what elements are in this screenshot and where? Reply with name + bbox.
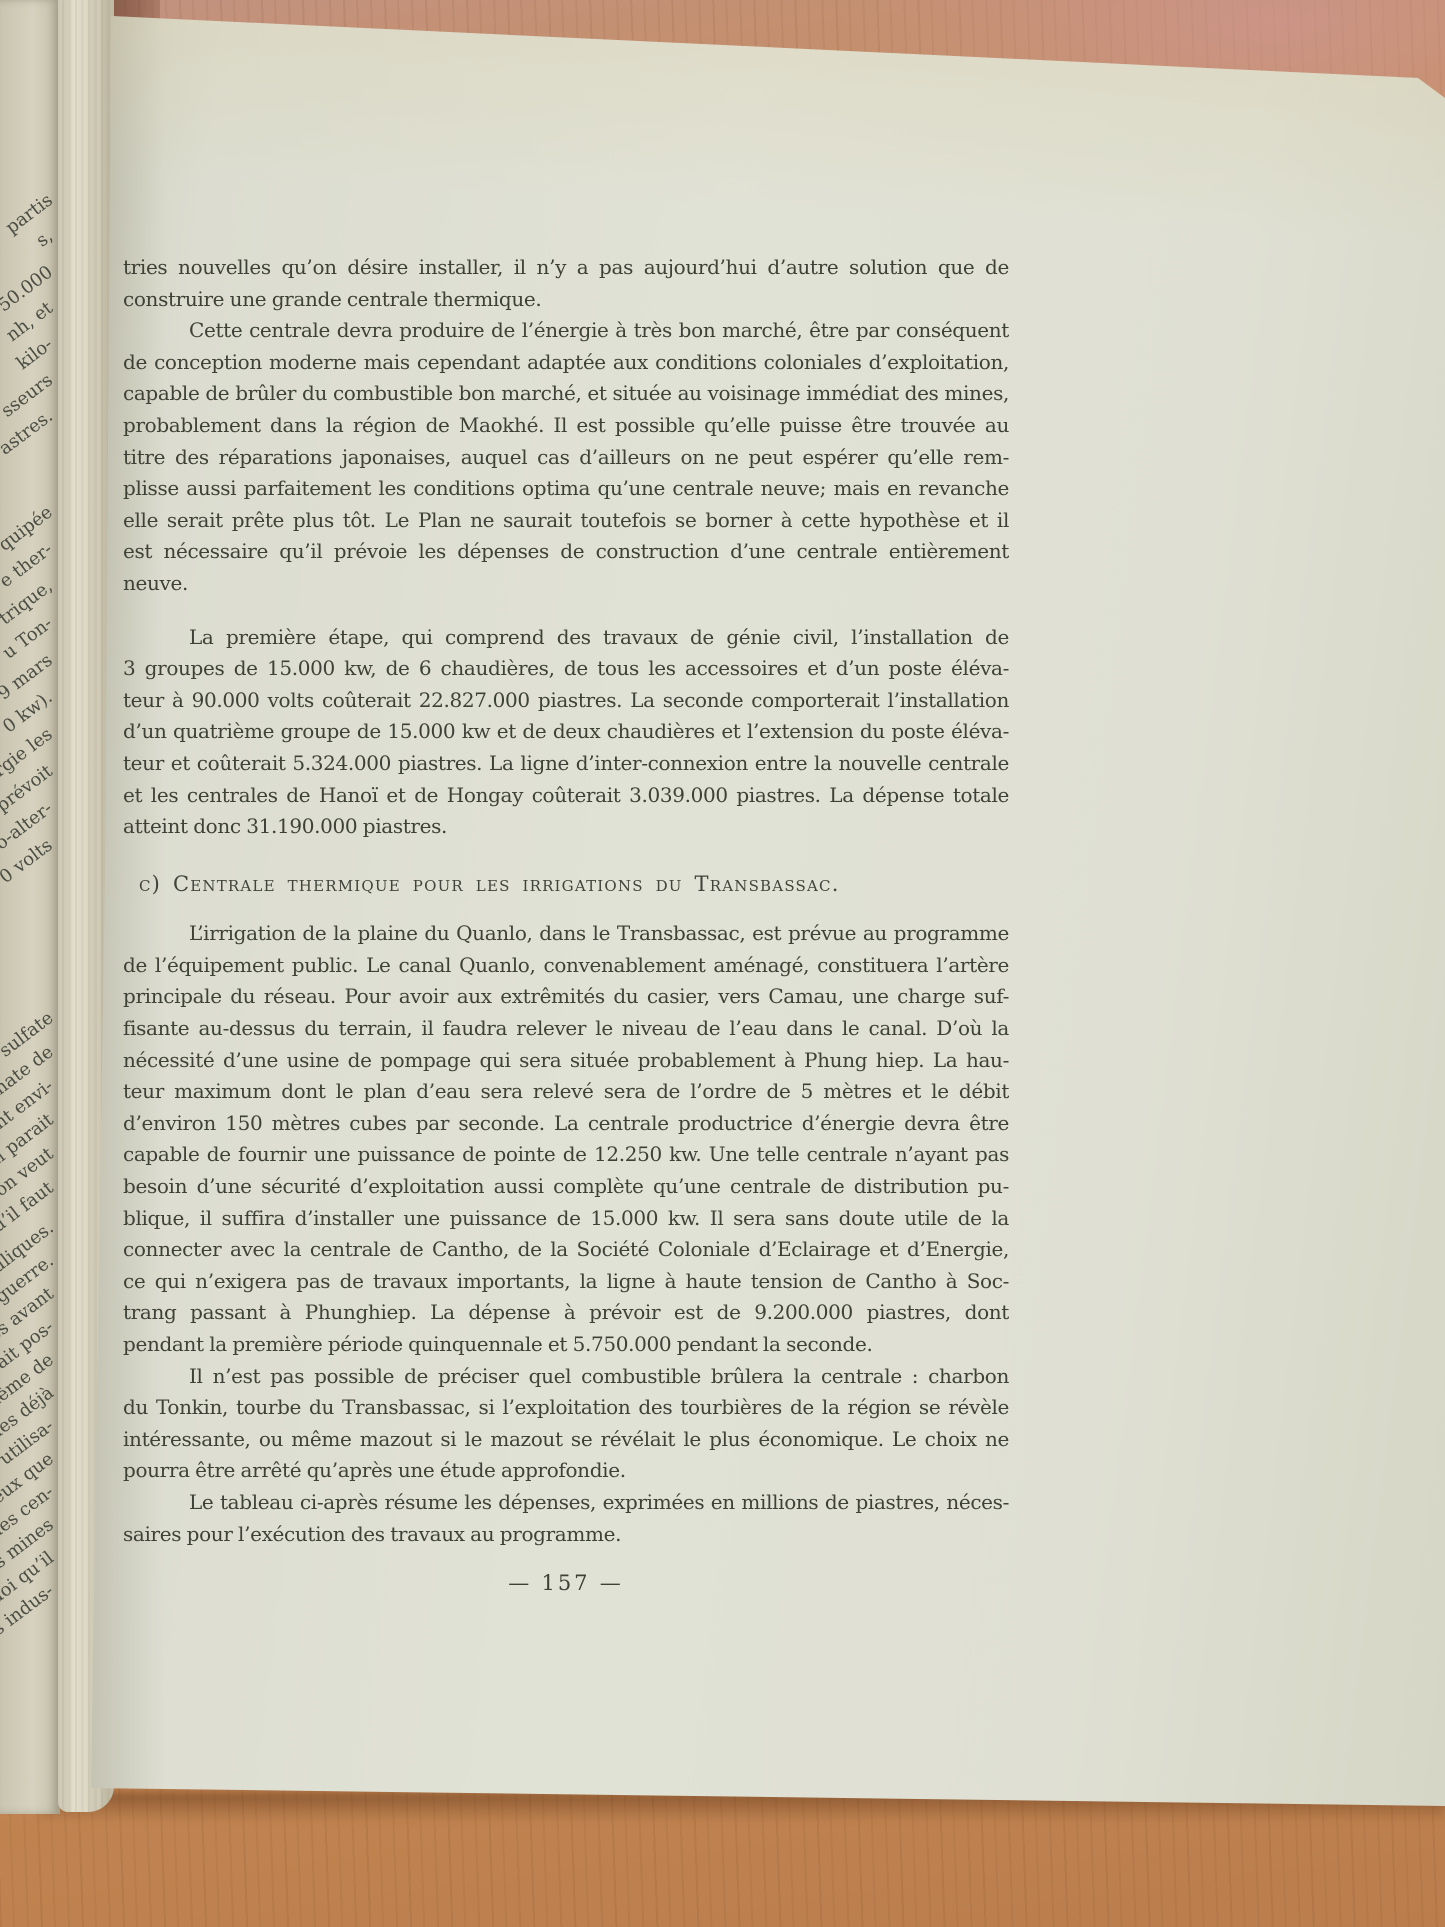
text-line: de l’équipement public. Le canal Quanlo,… — [123, 950, 1009, 982]
text-line: titre des réparations japonaises, auquel… — [123, 442, 1009, 474]
margin-fragment-group: rauliques.la guerre.es avantrait pos-mêm… — [0, 1214, 55, 1610]
paragraph-tableau: Le tableau ci-après résume les dépenses,… — [123, 1487, 1009, 1550]
text-line: tries nouvelles qu’on désire installer, … — [123, 252, 1009, 284]
text-line: teur maximum dont le plan d’eau sera rel… — [123, 1076, 1009, 1108]
text-line: connecter avec la centrale de Cantho, de… — [123, 1234, 1009, 1266]
text-column: tries nouvelles qu’on désire installer, … — [123, 252, 1009, 1600]
text-line: elle serait prête plus tôt. Le Plan ne s… — [123, 505, 1009, 537]
text-line: teur et coûterait 5.324.000 piastres. La… — [123, 748, 1009, 780]
text-line: teur à 90.000 volts coûterait 22.827.000… — [123, 685, 1009, 717]
text-line: saires pour l’exécution des travaux au p… — [123, 1519, 1009, 1551]
text-line: ce qui n’exigera pas de travaux importan… — [123, 1266, 1009, 1298]
paragraph-premiere-etape: La première étape, qui comprend des trav… — [123, 622, 1009, 843]
text-line: besoin d’une sécurité d’exploitation aus… — [123, 1171, 1009, 1203]
text-line: Cette centrale devra produire de l’énerg… — [123, 315, 1009, 347]
paragraph-continuation: tries nouvelles qu’on désire installer, … — [123, 252, 1009, 315]
text-line: La première étape, qui comprend des trav… — [123, 622, 1009, 654]
text-line: d’environ 150 mètres cubes par seconde. … — [123, 1108, 1009, 1140]
text-line: construire une grande centrale thermique… — [123, 284, 1009, 316]
text-line: de conception moderne mais cependant ada… — [123, 347, 1009, 379]
text-line: capable de brûler du combustible bon mar… — [123, 378, 1009, 410]
text-line: du Tonkin, tourbe du Transbassac, si l’e… — [123, 1392, 1009, 1424]
paragraph-combustible: Il n’est pas possible de préciser quel c… — [123, 1361, 1009, 1487]
text-line: blique, il suffira d’installer une puiss… — [123, 1203, 1009, 1235]
text-line: et les centrales de Hanoï et de Hongay c… — [123, 780, 1009, 812]
text-line: intéressante, ou même mazout si le mazou… — [123, 1424, 1009, 1456]
text-line: nécessité d’une usine de pompage qui ser… — [123, 1045, 1009, 1077]
text-line: fisante au-dessus du terrain, il faudra … — [123, 1013, 1009, 1045]
section-heading: c) Centrale thermique pour les irrigatio… — [123, 869, 1009, 901]
paragraph-irrigation: L’irrigation de la plaine du Quanlo, dan… — [123, 918, 1009, 1360]
text-line: principale du réseau. Pour avoir aux ext… — [123, 981, 1009, 1013]
text-line: 3 groupes de 15.000 kw, de 6 chaudières,… — [123, 653, 1009, 685]
paragraph-centrale: Cette centrale devra produire de l’énerg… — [123, 315, 1009, 599]
text-line: L’irrigation de la plaine du Quanlo, dan… — [123, 918, 1009, 950]
page-number: — 157 — — [123, 1568, 1009, 1600]
text-line: plisse aussi parfaitement les conditions… — [123, 473, 1009, 505]
text-line: probablement dans la région de Maokhé. I… — [123, 410, 1009, 442]
facing-page-edge: partiss,50.000nh, etkilo-sseursastres.qu… — [0, 0, 60, 1814]
text-line: Le tableau ci-après résume les dépenses,… — [123, 1487, 1009, 1519]
text-line: capable de fournir une puissance de poin… — [123, 1139, 1009, 1171]
margin-fragment-group: sulfateonate dent envi-ui paraitl’on veu… — [0, 1004, 55, 1208]
margin-fragment-group: partiss,50.000nh, etkilo-sseursastres. — [0, 186, 55, 438]
text-line: pendant la première période quinquennale… — [123, 1329, 1009, 1361]
text-line: Il n’est pas possible de préciser quel c… — [123, 1361, 1009, 1393]
text-line: trang passant à Phunghiep. La dépense à … — [123, 1297, 1009, 1329]
book-page-photo: partiss,50.000nh, etkilo-sseursastres.qu… — [0, 0, 1445, 1927]
text-line: est nécessaire qu’il prévoie les dépense… — [123, 536, 1009, 568]
text-line: atteint donc 31.190.000 piastres. — [123, 811, 1009, 843]
text-line: neuve. — [123, 568, 1009, 600]
text-line: d’un quatrième groupe de 15.000 kw et de… — [123, 716, 1009, 748]
main-page: tries nouvelles qu’on désire installer, … — [85, 0, 1445, 1816]
text-line: pourra être arrêté qu’après une étude ap… — [123, 1455, 1009, 1487]
margin-fragment-group: quipéee ther-trique,u Ton-9 mars0 kw).rg… — [0, 498, 55, 868]
